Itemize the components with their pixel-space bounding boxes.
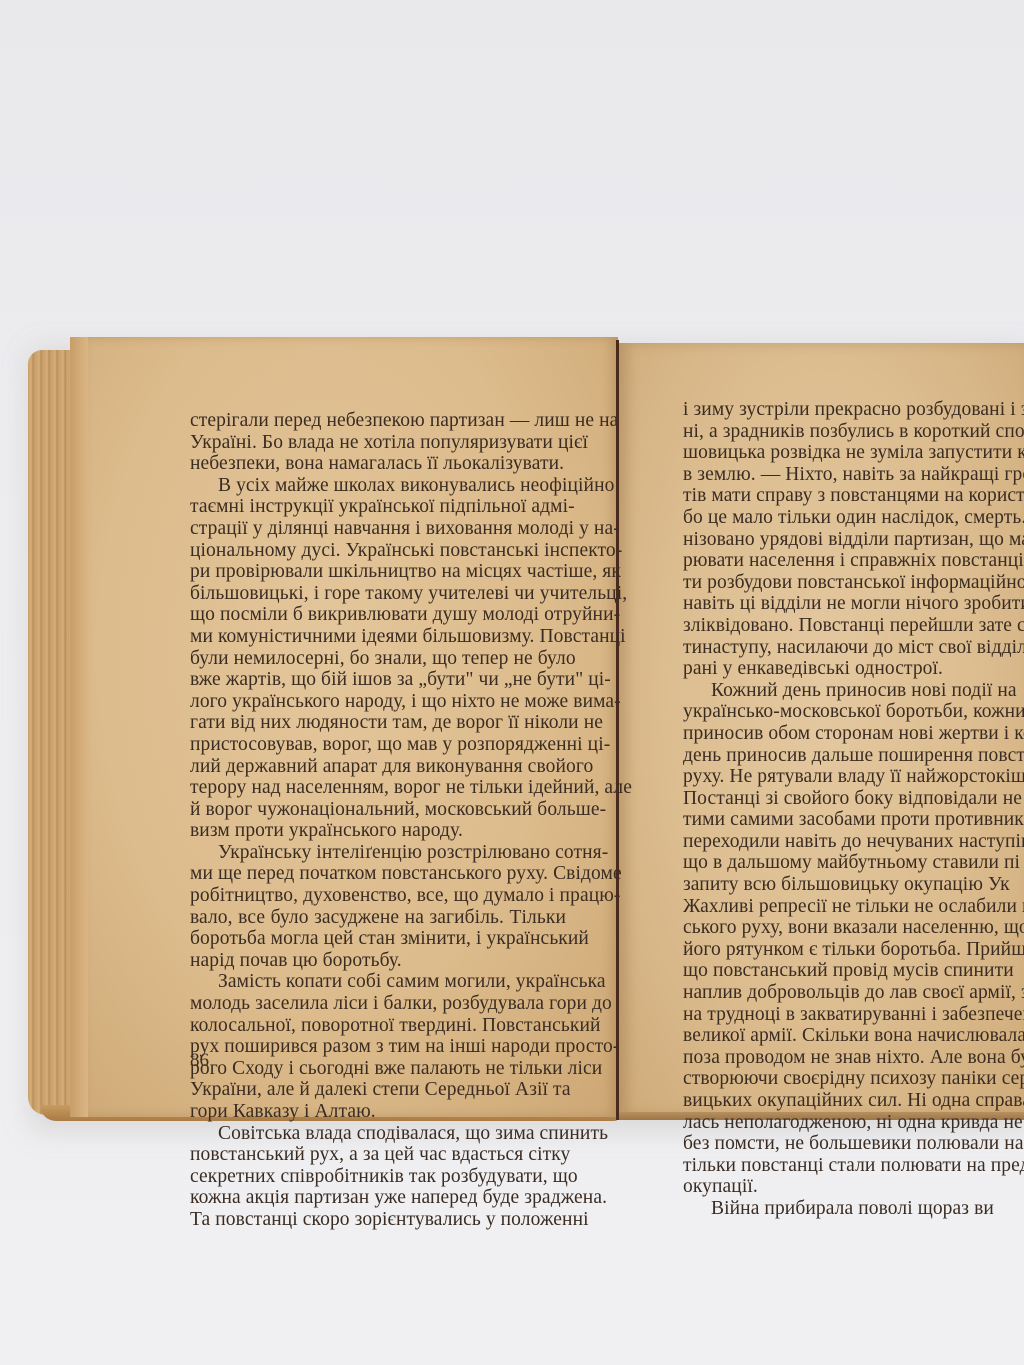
text-line: ні, а зрадників позбулись в короткий спо… <box>683 421 1024 443</box>
text-line: нізовано урядові відділи партизан, що ма… <box>683 529 1024 551</box>
text-line: його рятунком є тільки боротьба. Прийшло… <box>683 939 1024 961</box>
text-line: рані у енкаведівські однострої. <box>683 658 1024 680</box>
text-line: українсько-московської боротьби, кожний <box>683 701 1024 723</box>
text-line: запиту всю більшовицьку окупацію Ук <box>683 874 1024 896</box>
text-line: на трудноці в закватируванні і забезпече… <box>683 1004 1024 1026</box>
text-line: що повстанський провід мусів спинити <box>683 960 1024 982</box>
text-line: рювати населення і справжніх повстанців.… <box>683 550 1024 572</box>
text-line: наплив добровольців до лав своєї армії, … <box>683 982 1024 1004</box>
right-page-text: і зиму зустріли прекрасно розбудовані і … <box>683 399 1024 1220</box>
text-line: тими самими засобами проти противника <box>683 809 1024 831</box>
open-book: стерігали перед небезпекою партизан — ли… <box>0 0 1024 1365</box>
text-line: день приносив дальше поширення повстан <box>683 745 1024 767</box>
text-line: руху. Не рятували владу її найжорстокіші… <box>683 766 1024 788</box>
text-line: лась неполагодженою, ні одна кривда не л… <box>683 1112 1024 1134</box>
text-line: приносив обом сторонам нові жертви і ко <box>683 723 1024 745</box>
text-line: тинаступу, насилаючи до міст свої відділ… <box>683 637 1024 659</box>
text-line: без помсти, не большевики полювали на по… <box>683 1133 1024 1155</box>
text-line: зліквідовано. Повстанці перейшли зате са… <box>683 615 1024 637</box>
text-line: окупації. <box>683 1176 1024 1198</box>
right-page-clip: і зиму зустріли прекрасно розбудовані і … <box>0 0 1024 1365</box>
text-line: ти розбудови повстанської інформаційної … <box>683 572 1024 594</box>
text-line: Постанці зі свойого боку відповідали не <box>683 788 1024 810</box>
text-line: і зиму зустріли прекрасно розбудовані і … <box>683 399 1024 421</box>
text-line: Кожний день приносив нові події на <box>683 680 1024 702</box>
text-line: в землю. — Ніхто, навіть за найкращі гро… <box>683 464 1024 486</box>
text-line: Війна прибирала поволі щораз ви <box>683 1198 1024 1220</box>
text-line: створюючи своєрідну психозу паніки серед… <box>683 1068 1024 1090</box>
text-line: що в дальшому майбутньому ставили пі <box>683 852 1024 874</box>
text-line: великої армії. Скільки вона начислювала … <box>683 1025 1024 1047</box>
text-line: поза проводом не знав ніхто. Але вона бу… <box>683 1047 1024 1069</box>
text-line: бо це мало тільки один наслідок, смерть.… <box>683 507 1024 529</box>
text-line: переходили навіть до нечуваних наступів,… <box>683 831 1024 853</box>
text-line: навіть ці відділи не могли нічого зробит… <box>683 593 1024 615</box>
text-line: тів мати справу з повстанцями на користь… <box>683 485 1024 507</box>
text-line: тільки повстанці стали полювати на предс… <box>683 1155 1024 1177</box>
text-line: шовицька розвідка не зуміла запустити ко <box>683 442 1024 464</box>
text-line: ського руху, вони вказали населенню, що … <box>683 917 1024 939</box>
text-line: вицьких окупаційних сил. Ні одна справа … <box>683 1090 1024 1112</box>
text-line: Жахливі репресії не тільки не ослабили п… <box>683 896 1024 918</box>
